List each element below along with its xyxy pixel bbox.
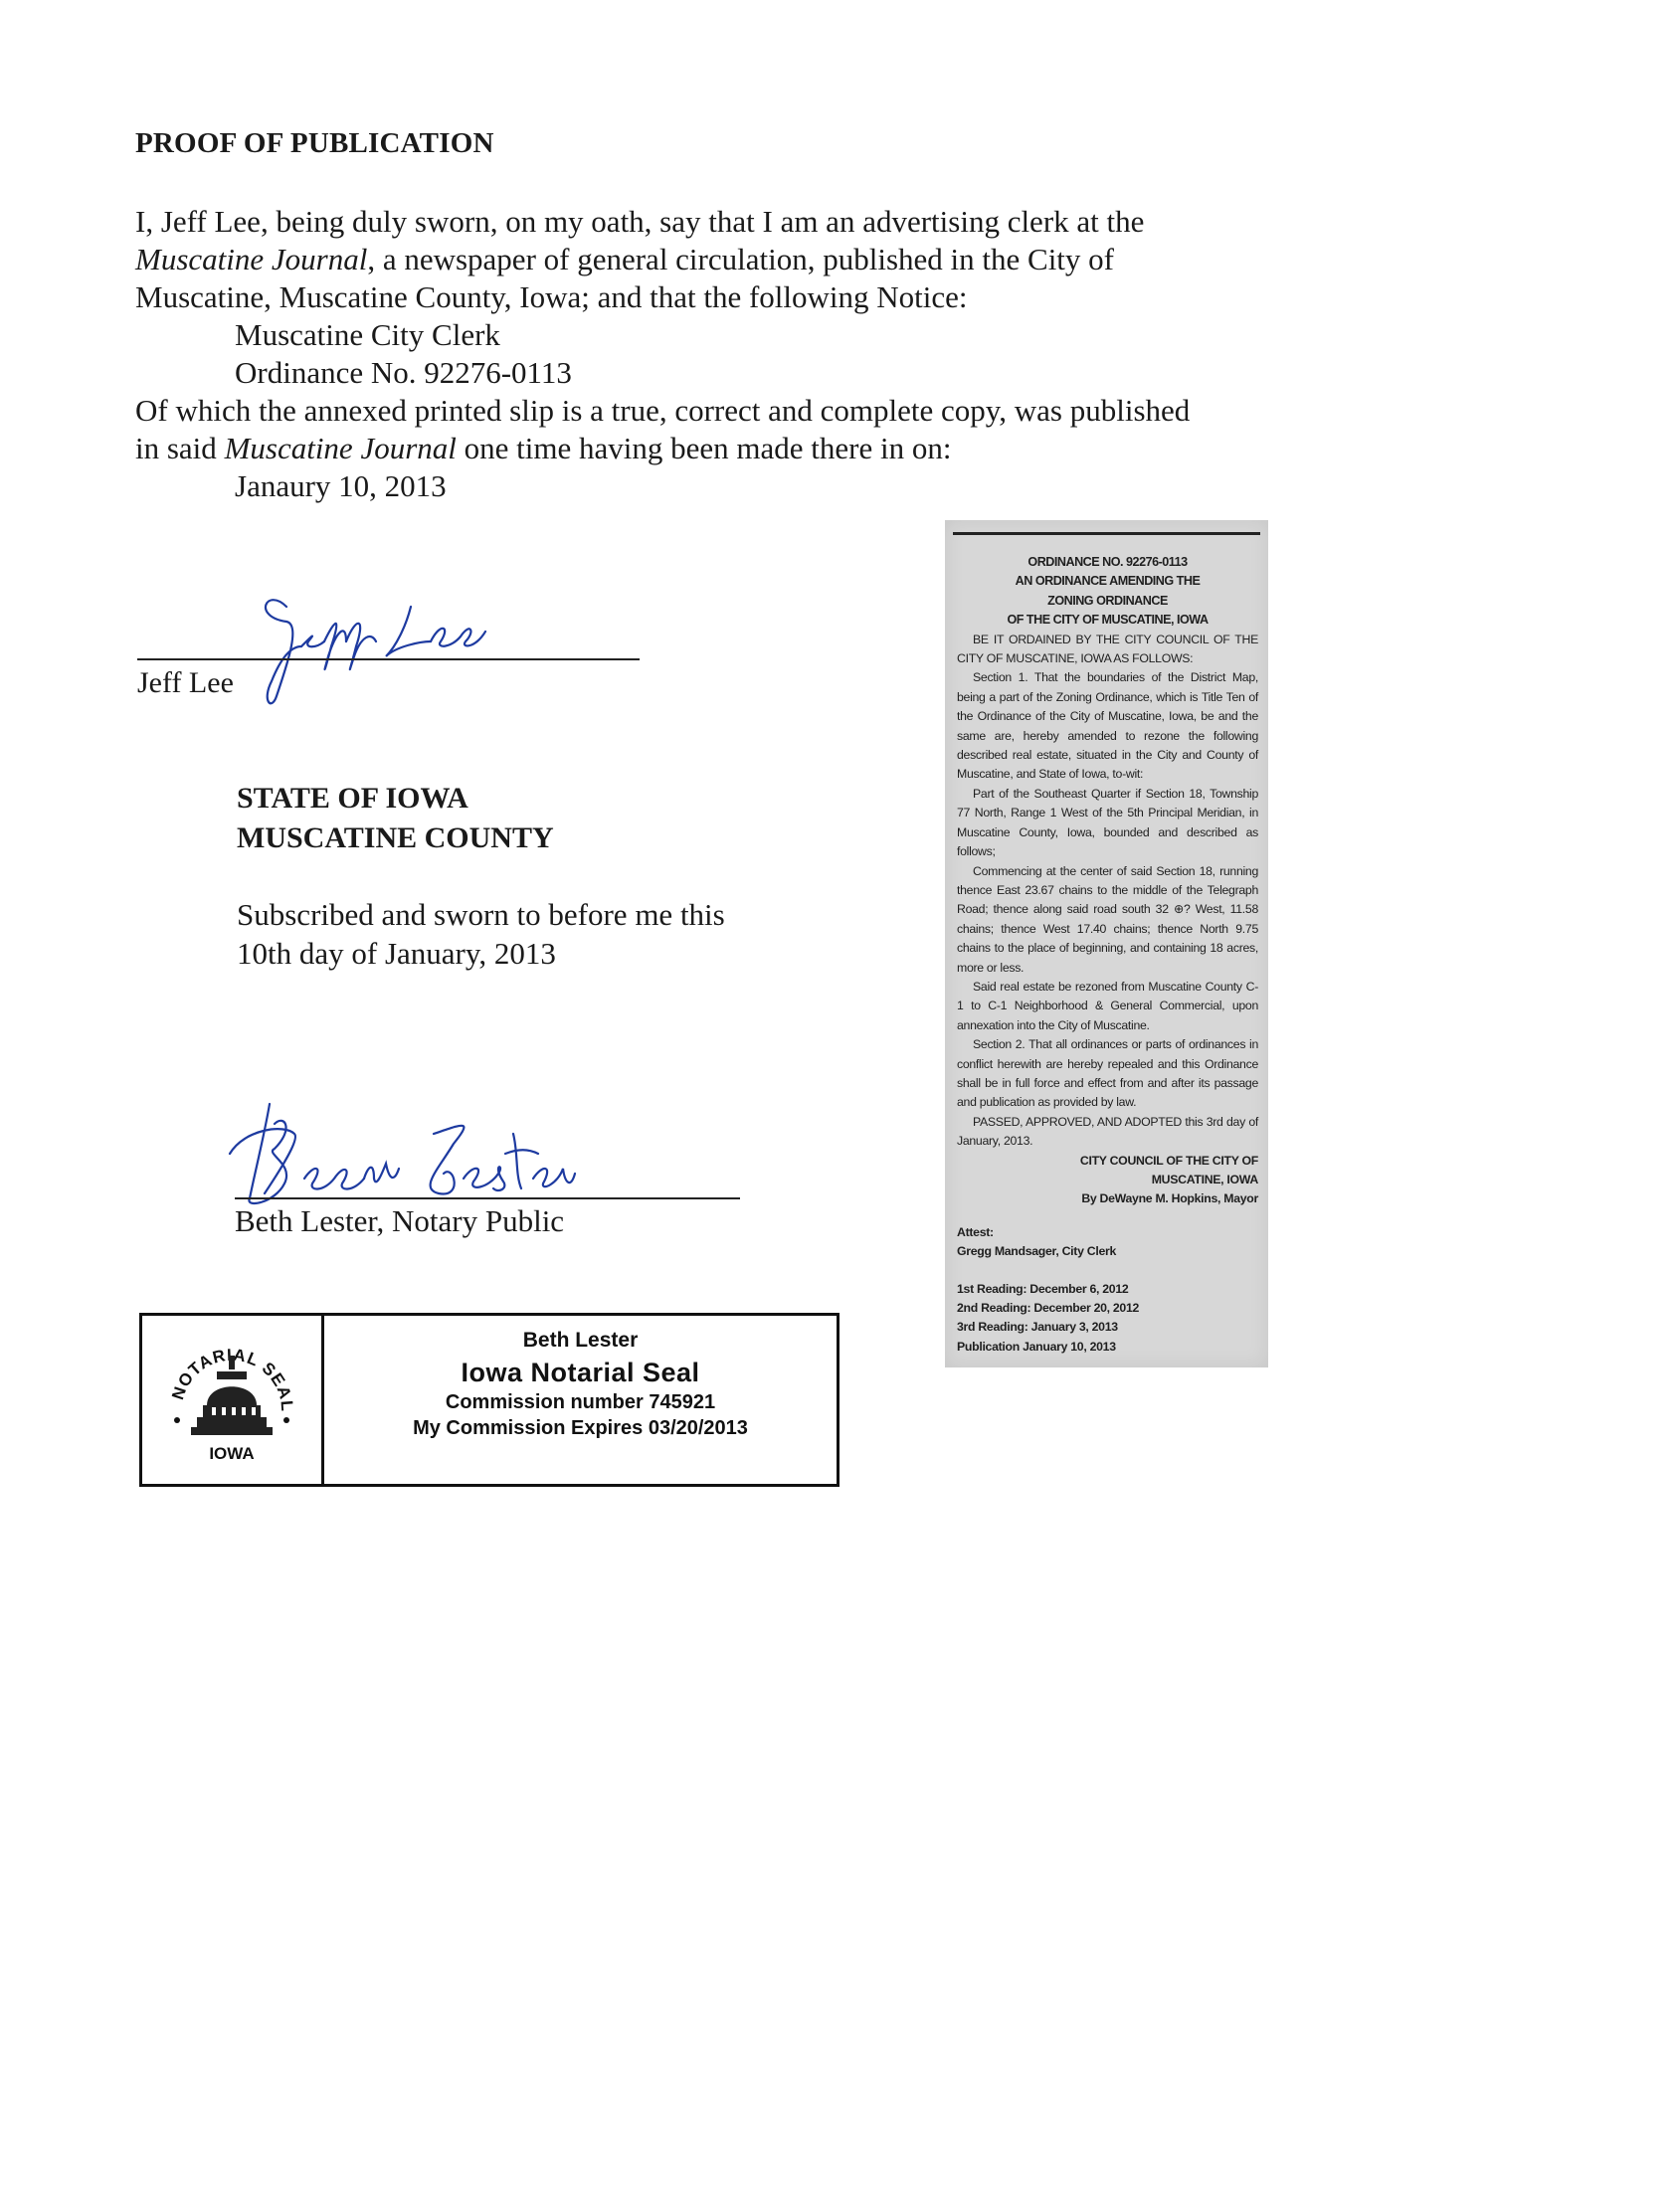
clipping-paragraph: Section 2. That all ordinances or parts …	[957, 1035, 1258, 1113]
notary-signature-icon	[225, 1094, 643, 1213]
notary-signature-line	[235, 1197, 740, 1199]
county-name: MUSCATINE COUNTY	[237, 819, 554, 858]
sworn-statement: Subscribed and sworn to before me this 1…	[237, 895, 725, 973]
notary-seal-title: Iowa Notarial Seal	[324, 1356, 837, 1389]
notary-signature-block: Beth Lester, Notary Public	[235, 1094, 740, 1243]
page-title: PROOF OF PUBLICATION	[135, 127, 494, 160]
clipping-content: ORDINANCE NO. 92276-0113 AN ORDINANCE AM…	[957, 553, 1258, 1357]
affidavit-line-2: , a newspaper of general circulation, pu…	[367, 242, 1114, 276]
notary-name: Beth Lester	[324, 1326, 837, 1356]
reading-line: 1st Reading: December 6, 2012	[957, 1280, 1258, 1299]
affidavit-line-1: I, Jeff Lee, being duly sworn, on my oat…	[135, 204, 1144, 239]
clipping-title-line: AN ORDINANCE AMENDING THE	[957, 572, 1258, 591]
notary-commission-number: Commission number 745921	[324, 1389, 837, 1415]
capitol-dome-icon: NOTARIAL SEAL IOWA	[157, 1326, 306, 1475]
reading-line: 3rd Reading: January 3, 2013	[957, 1318, 1258, 1337]
affidavit-line-5-prefix: in said	[135, 431, 225, 465]
sworn-line-1: Subscribed and sworn to before me this	[237, 895, 725, 934]
clerk-signature-line	[137, 658, 640, 660]
svg-text:IOWA: IOWA	[209, 1444, 254, 1463]
newspaper-name-2: Muscatine Journal	[225, 431, 457, 465]
clerk-printed-name: Jeff Lee	[137, 666, 234, 700]
council-line: MUSCATINE, IOWA	[957, 1171, 1258, 1189]
notary-stamp-text: Beth Lester Iowa Notarial Seal Commissio…	[324, 1316, 837, 1484]
clipping-title-line: ZONING ORDINANCE	[957, 592, 1258, 611]
attest-name: Gregg Mandsager, City Clerk	[957, 1242, 1258, 1261]
jurisdiction-block: STATE OF IOWA MUSCATINE COUNTY	[237, 779, 554, 858]
clipping-paragraph: PASSED, APPROVED, AND ADOPTED this 3rd d…	[957, 1113, 1258, 1152]
clipping-title-line: ORDINANCE NO. 92276-0113	[957, 553, 1258, 572]
affidavit-line-3: Muscatine, Muscatine County, Iowa; and t…	[135, 279, 968, 314]
notary-stamp: NOTARIAL SEAL IOWA Beth Lester Iowa Nota…	[139, 1313, 840, 1487]
clipping-title: ORDINANCE NO. 92276-0113 AN ORDINANCE AM…	[957, 553, 1258, 631]
notary-printed-name: Beth Lester, Notary Public	[235, 1203, 564, 1239]
newspaper-clipping: ORDINANCE NO. 92276-0113 AN ORDINANCE AM…	[945, 520, 1268, 1367]
clipping-paragraph: Said real estate be rezoned from Muscati…	[957, 978, 1258, 1035]
reading-line: Publication January 10, 2013	[957, 1338, 1258, 1357]
clipping-top-rule	[953, 532, 1260, 535]
publish-date: Janaury 10, 2013	[135, 467, 1190, 505]
sworn-date: 10th day of January, 2013	[237, 934, 725, 973]
clerk-signature-icon	[247, 587, 545, 716]
affidavit-paragraph: I, Jeff Lee, being duly sworn, on my oat…	[135, 203, 1190, 505]
council-mayor: By DeWayne M. Hopkins, Mayor	[957, 1189, 1258, 1208]
notice-ordinance-number: Ordinance No. 92276-0113	[135, 354, 1190, 392]
attest-label: Attest:	[957, 1223, 1258, 1242]
clipping-paragraph: BE IT ORDAINED BY THE CITY COUNCIL OF TH…	[957, 631, 1258, 669]
clipping-title-line: OF THE CITY OF MUSCATINE, IOWA	[957, 611, 1258, 630]
notary-seal-cell: NOTARIAL SEAL IOWA	[142, 1316, 324, 1484]
clipping-paragraph: Part of the Southeast Quarter if Section…	[957, 785, 1258, 862]
clipping-paragraph: Commencing at the center of said Section…	[957, 862, 1258, 978]
affidavit-line-5: one time having been made there in on:	[457, 431, 952, 465]
clipping-paragraph: Section 1. That the boundaries of the Di…	[957, 668, 1258, 784]
notice-issuer: Muscatine City Clerk	[135, 316, 1190, 354]
clerk-signature-block: Jeff Lee	[137, 587, 640, 706]
state-name: STATE OF IOWA	[237, 779, 554, 819]
council-line: CITY COUNCIL OF THE CITY OF	[957, 1152, 1258, 1171]
notary-commission-expiry: My Commission Expires 03/20/2013	[324, 1415, 837, 1441]
affidavit-line-4: Of which the annexed printed slip is a t…	[135, 393, 1190, 428]
reading-line: 2nd Reading: December 20, 2012	[957, 1299, 1258, 1318]
newspaper-name: Muscatine Journal	[135, 242, 367, 276]
